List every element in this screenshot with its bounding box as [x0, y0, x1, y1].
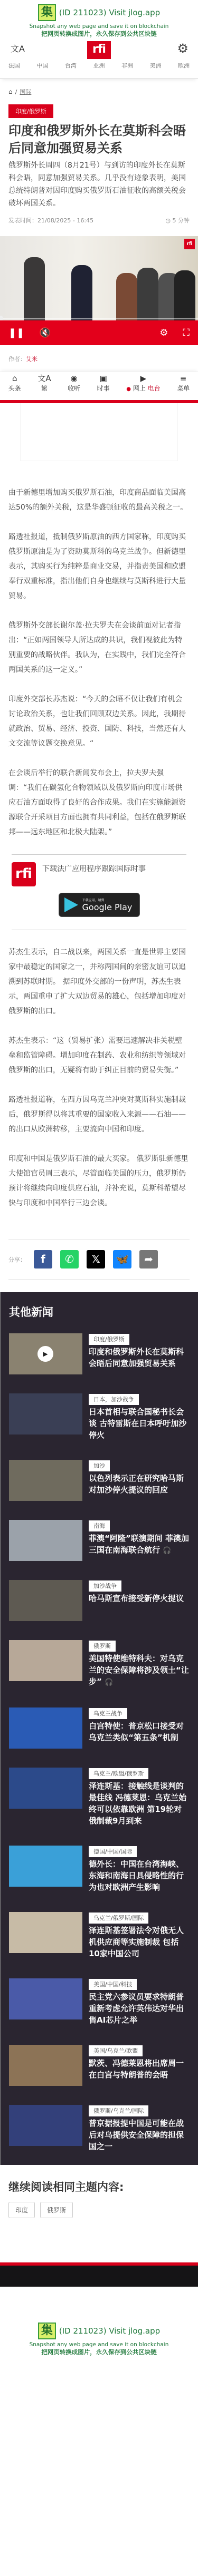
video-rfi-logo: rfi: [184, 239, 195, 249]
podcast-icon: ◉: [68, 373, 80, 384]
article-paragraph: 路透社报道称，在西方因乌克兰冲突对莫斯科实施制裁后，俄罗斯得以将其重要的国家收入…: [8, 1092, 190, 1137]
news-title[interactable]: 哈马斯宣布接受新停火提议: [89, 1593, 190, 1604]
clock-icon: ◷: [165, 217, 172, 224]
video-figure: [24, 257, 45, 320]
article-paragraph: 俄罗斯外交部长谢尔盖·拉夫罗夫在会谈前面对记者指出：“正如两国领导人所达成的共识…: [8, 618, 190, 677]
article-tag[interactable]: 印度/俄罗斯: [8, 104, 53, 118]
app-promo: rfi 下载法广应用程序跟踪国际时事 下载应用，请到Google Play: [12, 854, 186, 930]
article-paragraph: 印度外交部长苏杰说：“今天的会晤不仅让我们有机会讨论政治关系，也让我们回顾双边关…: [8, 692, 190, 751]
article-paragraph: 苏杰生表示：“这（贸易扩张）需要迅速解决非关税壁垒和监管障碍。增加印度在制药、农…: [8, 1033, 190, 1078]
author-label: 作者：: [8, 356, 26, 363]
published-label: 发表时间：: [8, 217, 37, 224]
news-icon: ▣: [97, 373, 110, 384]
read-time: 5 分钟: [173, 217, 190, 224]
bottom-nav-headlines[interactable]: ⌂头条: [8, 373, 21, 393]
rfi-app-logo: rfi: [12, 862, 36, 886]
pause-icon[interactable]: ❚❚: [8, 327, 24, 338]
ad-placeholder: [20, 403, 178, 461]
article-paragraph: 苏杰生表示，自二战以来，两国关系一直是世界主要国家中最稳定的国家之一，并称两国间…: [8, 945, 190, 1019]
news-card[interactable]: 乌克兰/俄罗斯/国际泽连斯基签署法令对俄无人机供应商等实施制裁 包括10家中国公…: [9, 1912, 190, 1959]
home-icon[interactable]: ⌂: [8, 88, 13, 95]
continue-reading: 继续阅读相同主题内容: 印度 俄罗斯: [0, 2165, 198, 2218]
news-card[interactable]: 乌克兰战争白宫特使：普京松口接受对乌克兰类似“第五条”机制: [9, 1707, 190, 1749]
news-card[interactable]: 日本，加沙战争日本首相与联合国秘书长会谈 古特雷斯在日本呼吁加沙停火: [9, 1393, 190, 1441]
banner-subtitle-en: Snapshot any web page and save it on blo…: [0, 23, 198, 30]
jlog-banner-bottom: 集(ID 211023) Visit jlog.app Snapshot any…: [0, 2318, 198, 2359]
news-thumbnail[interactable]: [9, 1640, 82, 1681]
google-play-icon: [64, 897, 78, 912]
promo-text: 下载法广应用程序跟踪国际时事: [42, 862, 146, 876]
site-header: 文A rfi ⚙ 法国 中国 台湾 亚洲 非洲 美洲 欧洲: [0, 41, 198, 79]
bottom-nav-label: 时事: [97, 385, 110, 392]
author-name[interactable]: 艾米: [26, 356, 37, 363]
breadcrumb: ⌂ / 国际: [8, 87, 190, 96]
news-thumbnail[interactable]: ▶: [9, 1333, 82, 1374]
bluesky-share-button[interactable]: 🦋: [113, 1250, 131, 1269]
topic-chip-russia[interactable]: 俄罗斯: [40, 2202, 73, 2218]
article-paragraph: 路透社报道，抵制俄罗斯原油的西方国家称，印度购买俄罗斯原油是为了资助莫斯科的乌克…: [8, 530, 190, 603]
other-news-section: 其他新闻 ▶ 印度/俄罗斯印度和俄罗斯外长在莫斯科会晤后同意加强贸易关系 日本，…: [0, 1292, 198, 2165]
share-label: 分享：: [8, 1255, 26, 1264]
jlog-banner-top: 集(ID 211023) Visit jlog.app Snapshot any…: [0, 0, 198, 41]
news-tag[interactable]: 俄罗斯: [89, 1641, 116, 1652]
news-title[interactable]: 泽连斯基：接触线是谈判的最佳线 冯德莱恩：乌克兰始终可以依靠欧洲 第19轮对俄制…: [89, 1780, 190, 1827]
nav-item-africa[interactable]: 非洲: [121, 63, 133, 70]
generic-share-button[interactable]: ➦: [139, 1250, 158, 1269]
breadcrumb-separator: /: [15, 89, 17, 95]
news-thumbnail[interactable]: [9, 2045, 82, 2086]
video-player[interactable]: rfi: [0, 236, 198, 320]
news-card[interactable]: 南海菲澳“阿隆”联演期间 菲澳加三国在南海联合航行 🎧: [9, 1520, 190, 1561]
progress-knob[interactable]: [0, 316, 3, 320]
video-figure: [137, 268, 158, 320]
nav-item-france[interactable]: 法国: [8, 63, 20, 70]
headphone-icon: 🎧: [163, 1547, 171, 1555]
news-card[interactable]: 加沙以色列表示正在研究哈马斯对加沙停火提议的回应: [9, 1460, 190, 1501]
news-tag[interactable]: 印度/俄罗斯: [89, 1334, 129, 1345]
bottom-nav-label: 繁: [41, 385, 48, 392]
nav-item-europe[interactable]: 欧洲: [178, 63, 190, 70]
news-title-text: 菲澳“阿隆”联演期间 菲澳加三国在南海联合航行: [89, 1534, 189, 1555]
news-thumbnail[interactable]: [9, 1460, 82, 1501]
author-line: 作者：艾米: [0, 345, 198, 372]
video-progress-bar[interactable]: [0, 318, 198, 319]
news-title[interactable]: 白宫特使：普京松口接受对乌克兰类似“第五条”机制: [89, 1720, 190, 1743]
home-icon: ⌂: [8, 373, 21, 384]
topic-chips: 印度 俄罗斯: [8, 2202, 190, 2218]
news-card[interactable]: 俄罗斯/乌克兰/国际普京据报提中国是可能在战后对乌提供安全保障的担保国之一: [9, 2105, 190, 2152]
news-tag[interactable]: 美国/乌克兰/欧盟: [89, 2045, 143, 2056]
bottom-nav-menu[interactable]: ≡菜单: [177, 373, 190, 393]
player-settings-icon[interactable]: ⚙: [159, 327, 168, 338]
banner-title: (ID 211023) Visit jlog.app: [59, 8, 160, 17]
rfi-logo[interactable]: rfi: [87, 41, 111, 59]
news-thumbnail[interactable]: [9, 2105, 82, 2146]
news-card[interactable]: 乌克兰/欧盟/俄罗斯泽连斯基：接触线是谈判的最佳线 冯德莱恩：乌克兰始终可以依靠…: [9, 1768, 190, 1827]
translate-icon[interactable]: 文A: [11, 42, 25, 54]
fullscreen-icon[interactable]: ⛶: [183, 327, 190, 338]
nav-item-china[interactable]: 中国: [36, 63, 48, 70]
play-icon: ▶: [37, 1346, 53, 1362]
news-title[interactable]: 德外长：中国在台湾海峡、东海和南海日具侵略性的行为也对欧洲产生影响: [89, 1858, 190, 1893]
banner-subtitle-zh: 把网页转换成图片，永久保存到公共区块链: [0, 30, 198, 38]
news-thumbnail[interactable]: [9, 1912, 82, 1953]
news-title[interactable]: 菲澳“阿隆”联演期间 菲澳加三国在南海联合航行 🎧: [89, 1533, 190, 1557]
article-body-continued: 苏杰生表示，自二战以来，两国关系一直是世界主要国家中最稳定的国家之一，并称两国间…: [0, 945, 198, 1280]
news-thumbnail[interactable]: [9, 1520, 82, 1561]
x-share-button[interactable]: 𝕏: [87, 1250, 105, 1269]
bottom-nav-live-radio[interactable]: ▶● 网上 电台: [126, 373, 160, 393]
news-title[interactable]: 印度和俄罗斯外长在莫斯科会晤后同意加强贸易关系: [89, 1346, 190, 1369]
bottom-nav-news[interactable]: ▣时事: [97, 373, 110, 393]
jlog-badge-icon: 集: [38, 2323, 56, 2339]
nav-item-taiwan[interactable]: 台湾: [65, 63, 77, 70]
store-small-label: 下载应用，请到: [82, 897, 133, 902]
news-thumbnail[interactable]: [9, 1768, 82, 1809]
news-thumbnail[interactable]: [9, 1846, 82, 1887]
news-title[interactable]: 美国特使维特科夫：对乌克兰的安全保障将涉及领土“让步” 🎧: [89, 1653, 190, 1689]
mute-icon[interactable]: 🔇: [39, 327, 51, 338]
news-tag[interactable]: 美国/中国/科技: [89, 1979, 137, 1990]
news-tag[interactable]: 加沙: [89, 1460, 110, 1471]
store-big-label: Google Play: [82, 902, 133, 912]
news-card[interactable]: 加沙战争哈马斯宣布接受新停火提议: [9, 1580, 190, 1621]
headphone-icon: 🎧: [105, 1679, 113, 1686]
news-card[interactable]: 德国/中国/国际德外长：中国在台湾海峡、东海和南海日具侵略性的行为也对欧洲产生影…: [9, 1846, 190, 1893]
bottom-nav-traditional[interactable]: 文A繁: [37, 373, 51, 393]
menu-icon: ≡: [177, 373, 190, 384]
nav-item-americas[interactable]: 美洲: [150, 63, 162, 70]
article-paragraph: 印度和中国是俄罗斯石油的最大买家。 俄罗斯驻新德里大使馆官员周三表示，尽管面临美…: [8, 1152, 190, 1211]
video-figure: [174, 270, 195, 320]
news-thumbnail[interactable]: [9, 1707, 82, 1749]
continue-reading-title: 继续阅读相同主题内容:: [8, 2179, 190, 2194]
article-paragraph: 由于新德里增加购买俄罗斯石油，印度商品面临美国高达50%的额外关税，这是华盛顿征…: [8, 485, 190, 515]
google-play-button[interactable]: 下载应用，请到Google Play: [59, 893, 140, 917]
news-tag[interactable]: 德国/中国/国际: [89, 1846, 137, 1857]
news-tag[interactable]: 乌克兰战争: [89, 1708, 127, 1719]
play-circle-icon: ▶: [126, 373, 160, 384]
video-controls: ❚❚ 🔇 ⚙ ⛶: [0, 320, 198, 345]
news-title[interactable]: 普京据报提中国是可能在战后对乌提供安全保障的担保国之一: [89, 2118, 190, 2152]
news-card[interactable]: ▶ 印度/俄罗斯印度和俄罗斯外长在莫斯科会晤后同意加强贸易关系: [9, 1333, 190, 1374]
news-tag[interactable]: 加沙战争: [89, 1580, 121, 1592]
news-tag[interactable]: 乌克兰/欧盟/俄罗斯: [89, 1768, 148, 1779]
news-title[interactable]: 以色列表示正在研究哈马斯对加沙停火提议的回应: [89, 1472, 190, 1496]
article-title: 印度和俄罗斯外长在莫斯科会晤后同意加强贸易关系: [8, 122, 190, 157]
breadcrumb-section[interactable]: 国际: [20, 87, 31, 96]
footer-dark-bar: [0, 2266, 198, 2287]
news-card[interactable]: 美国/乌克兰/欧盟默茨、冯德莱恩将出席周一在白宫与特朗普的会晤: [9, 2045, 190, 2086]
bottom-nav-label: 网上: [133, 385, 146, 392]
news-title[interactable]: 默茨、冯德莱恩将出席周一在白宫与特朗普的会晤: [89, 2057, 190, 2081]
bottom-nav-label: 头条: [8, 385, 21, 392]
news-title[interactable]: 民主党六参议员要求特朗普重新考虑允许英伟达对华出售AI芯片之举: [89, 1991, 190, 2026]
banner-title: (ID 211023) Visit jlog.app: [59, 2326, 160, 2336]
nav-item-asia[interactable]: 亚洲: [93, 63, 105, 70]
bottom-nav-label: 菜单: [177, 385, 190, 392]
news-thumbnail[interactable]: [9, 1580, 82, 1621]
bottom-nav-label-red: 电台: [148, 385, 161, 392]
news-card[interactable]: 美国/中国/科技民主党六参议员要求特朗普重新考虑允许英伟达对华出售AI芯片之举: [9, 1978, 190, 2026]
news-tag[interactable]: 南海: [89, 1520, 110, 1531]
topic-chip-india[interactable]: 印度: [8, 2202, 35, 2218]
video-figure: [116, 273, 137, 320]
banner-subtitle-zh: 把网页转换成图片，永久保存到公共区块链: [0, 2348, 198, 2356]
banner-subtitle-en: Snapshot any web page and save it on blo…: [0, 2341, 198, 2348]
article-lead: 俄罗斯外长周四（8月21号）与到访的印度外长在莫斯科会晤，同意加强贸易关系。几乎…: [8, 159, 190, 210]
facebook-share-button[interactable]: f: [34, 1250, 52, 1269]
article-meta: 发表时间：21/08/2025 - 16:45 ◷ 5 分钟: [8, 216, 190, 225]
section-nav: 法国 中国 台湾 亚洲 非洲 美洲 欧洲: [0, 63, 198, 70]
bottom-nav: ⌂头条 文A繁 ◉收听 ▣时事 ▶● 网上 电台 ≡菜单: [0, 372, 198, 403]
jlog-badge-icon: 集: [38, 4, 56, 21]
news-title[interactable]: 日本首相与联合国秘书长会谈 古特雷斯在日本呼吁加沙停火: [89, 1406, 190, 1441]
news-card[interactable]: 俄罗斯美国特使维特科夫：对乌克兰的安全保障将涉及领土“让步” 🎧: [9, 1640, 190, 1689]
settings-icon[interactable]: ⚙: [177, 41, 188, 56]
share-bar: 分享： f ✆ 𝕏 🦋 ➦: [8, 1239, 190, 1280]
article-body: 由于新德里增加购买俄罗斯石油，印度商品面临美国高达50%的额外关税，这是华盛顿征…: [0, 485, 198, 840]
bottom-nav-label: 收听: [68, 385, 80, 392]
whatsapp-share-button[interactable]: ✆: [60, 1250, 79, 1269]
news-tag[interactable]: 日本，加沙战争: [89, 1394, 139, 1405]
article-paragraph: 在会谈后举行的联合新闻发布会上，拉夫罗夫强调：“我们在碳氢化合物领域以及俄罗斯向…: [8, 766, 190, 840]
translate-icon: 文A: [37, 373, 51, 384]
news-title-text: 美国特使维特科夫：对乌克兰的安全保障将涉及领土“让步”: [89, 1654, 189, 1686]
bottom-nav-listen[interactable]: ◉收听: [68, 373, 80, 393]
news-tag[interactable]: 俄罗斯/乌克兰/国际: [89, 2105, 148, 2116]
published-date: 21/08/2025 - 16:45: [37, 217, 93, 224]
news-tag[interactable]: 乌克兰/俄罗斯/国际: [89, 1913, 148, 1924]
news-thumbnail[interactable]: [9, 1978, 82, 2019]
other-news-title: 其他新闻: [9, 1304, 190, 1320]
video-figure: [71, 265, 92, 320]
news-thumbnail[interactable]: [9, 1393, 82, 1435]
news-title[interactable]: 泽连斯基签署法令对俄无人机供应商等实施制裁 包括10家中国公司: [89, 1925, 190, 1959]
live-dot-icon: ●: [126, 386, 131, 392]
